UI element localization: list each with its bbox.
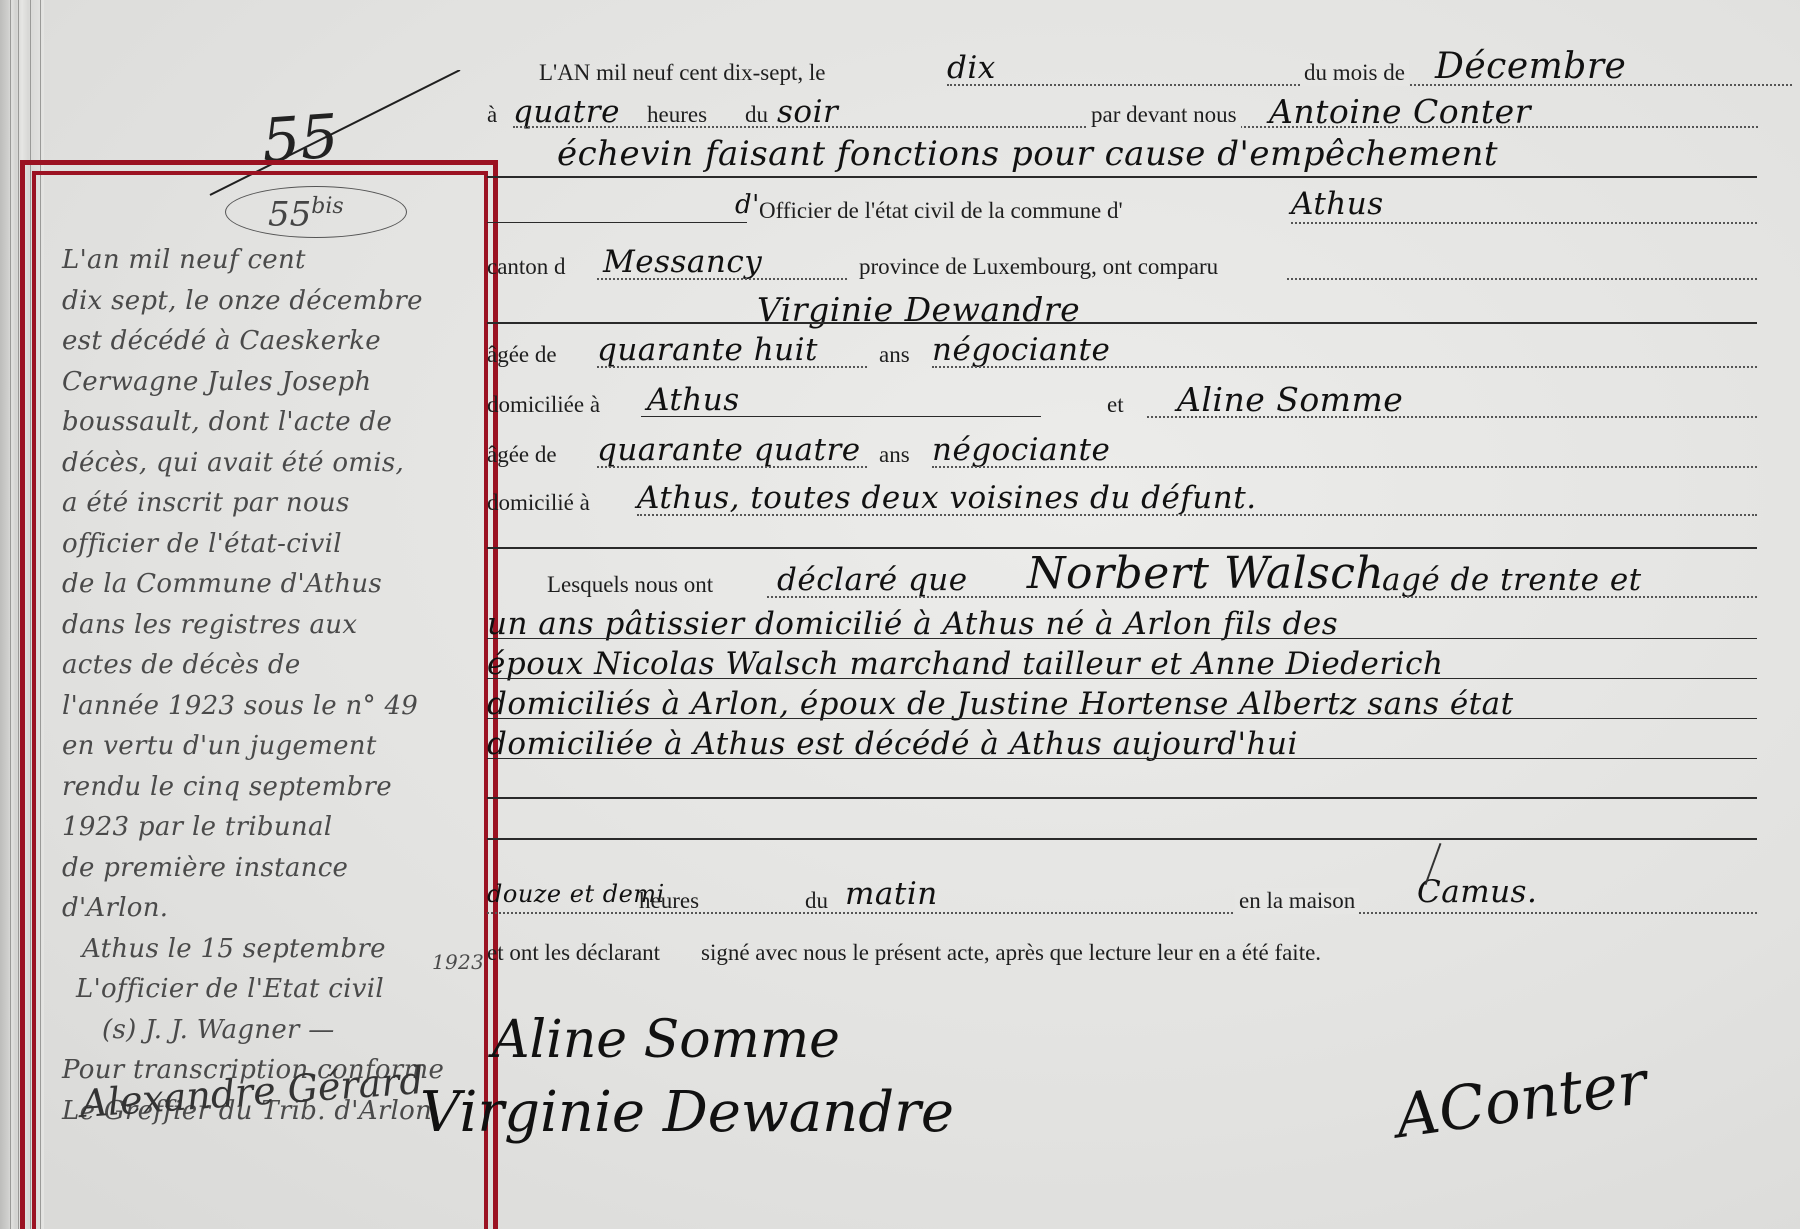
form-underline [1287,278,1757,280]
declarant2-field: Aline Somme [1177,380,1403,419]
statement-line: époux Nicolas Walsch marchand tailleur e… [487,646,1443,682]
day-field: dix [947,50,996,86]
statement-line: un ans pâtissier domicilié à Athus né à … [487,606,1338,642]
form-text: L'AN mil neuf cent dix-sept, le [539,60,825,86]
form-text: du mois de [1300,60,1409,86]
form-text: Lesquels nous ont [547,572,713,598]
form-text: ans [879,342,910,368]
form-underline [487,222,747,223]
form-underline [487,758,1757,759]
form-text: heures [647,102,707,128]
form-underline [487,912,1757,914]
bis-number-value: 55 [268,194,311,234]
canton-field: Messancy [603,244,762,280]
form-underline [932,466,1757,468]
form-text: âgée de [487,342,557,368]
margin-line: dans les registres aux [62,605,482,646]
margin-line: décès, qui avait été omis, [62,443,482,484]
margin-line: de la Commune d'Athus [62,564,482,605]
commune-field: Athus [1291,186,1384,222]
form-text: par devant nous [1087,102,1241,128]
margin-line: Cerwagne Jules Joseph [62,362,482,403]
form-underline [597,366,867,368]
form-text: du [805,888,828,914]
form-underline [637,514,1757,516]
document-page: 55 55bis L'an mil neuf cent dix sept, le… [0,0,1800,1229]
margin-line: l'année 1923 sous le n° 49 [62,686,482,727]
age-field: quarante quatre [597,432,861,468]
profession-field: négociante [932,432,1110,468]
declaration-field: déclaré que [777,562,968,598]
statement-line: domiciliés à Arlon, époux de Justine Hor… [487,686,1514,722]
form-underline [487,678,1757,679]
form-underline [1291,222,1757,224]
form-text: à [487,102,497,128]
period-field: soir [777,94,838,130]
margin-line: (s) J. J. Wagner — [62,1010,482,1051]
form-underline [1147,416,1757,418]
form-text: heures [639,888,699,914]
margin-line: actes de décès de [62,645,482,686]
residence-field: Athus [647,382,740,418]
form-text: canton d [487,254,566,280]
binding-rule [10,0,11,1229]
form-underline [767,596,1757,598]
form-text: domiciliée à [487,392,600,418]
residence-detail-field: Athus, toutes deux voisines du défunt. [637,480,1257,516]
margin-line: a été inscrit par nous [62,483,482,524]
form-text: province de Luxembourg, ont comparu [859,254,1218,280]
form-underline [487,322,1757,324]
form-underline [597,466,867,468]
margin-line: boussault, dont l'acte de [62,402,482,443]
form-underline [597,278,847,280]
margin-line: de première instance [62,848,482,889]
officer-role-field: échevin faisant fonctions pour cause d'e… [557,134,1498,174]
binding-rule [18,0,19,1229]
margin-line: L'officier de l'Etat civil [62,969,482,1010]
form-underline [487,838,1757,840]
form-text: domicilié à [487,490,590,516]
form-underline [932,366,1757,368]
form-underline [487,797,1757,799]
hour-field: quatre [513,94,620,130]
deceased-name-field: Norbert Walsch [1027,548,1384,599]
statement-line: domiciliée à Athus est décédé à Athus au… [487,726,1298,762]
form-text: en la maison [1235,888,1359,914]
margin-line: L'an mil neuf cent [62,240,482,281]
margin-line: 1923 par le tribunal [62,807,482,848]
margin-line: dix sept, le onze décembre [62,281,482,322]
form-text: signé avec nous le présent acte, après q… [701,940,1321,966]
form-text: âgée de [487,442,557,468]
period-field: matin [845,876,938,912]
bis-suffix: bis [311,194,343,219]
margin-line: d'Arlon. [62,888,482,929]
form-underline [641,416,1041,417]
form-text: du [745,102,768,128]
form-text: et [1107,392,1124,418]
margin-line: est décédé à Caeskerke [62,321,482,362]
officer-name-field: Antoine Conter [1269,92,1531,131]
form-text: ans [879,442,910,468]
margin-annotation: L'an mil neuf cent dix sept, le onze déc… [62,240,482,1131]
signature-declarant1: Virginie Dewandre [420,1080,954,1145]
form-text: Officier de l'état civil de la commune d… [759,198,1123,224]
margin-line: officier de l'état-civil [62,524,482,565]
profession-field: négociante [932,332,1110,368]
form-underline [487,176,1757,178]
form-underline [487,638,1757,639]
margin-line: en vertu d'un jugement [62,726,482,767]
form-text: et ont les déclarant [487,940,660,966]
margin-line: rendu le cinq septembre [62,767,482,808]
month-field: Décembre [1435,46,1626,87]
bis-number: 55bis [268,194,344,234]
signature-declarant2: Aline Somme [492,1010,840,1070]
age-text-field: agé de trente et [1382,562,1642,598]
age-field: quarante huit [597,332,818,368]
prefix-field: d' [735,190,760,220]
house-field: Camus. [1417,874,1537,910]
form-underline [487,718,1757,719]
